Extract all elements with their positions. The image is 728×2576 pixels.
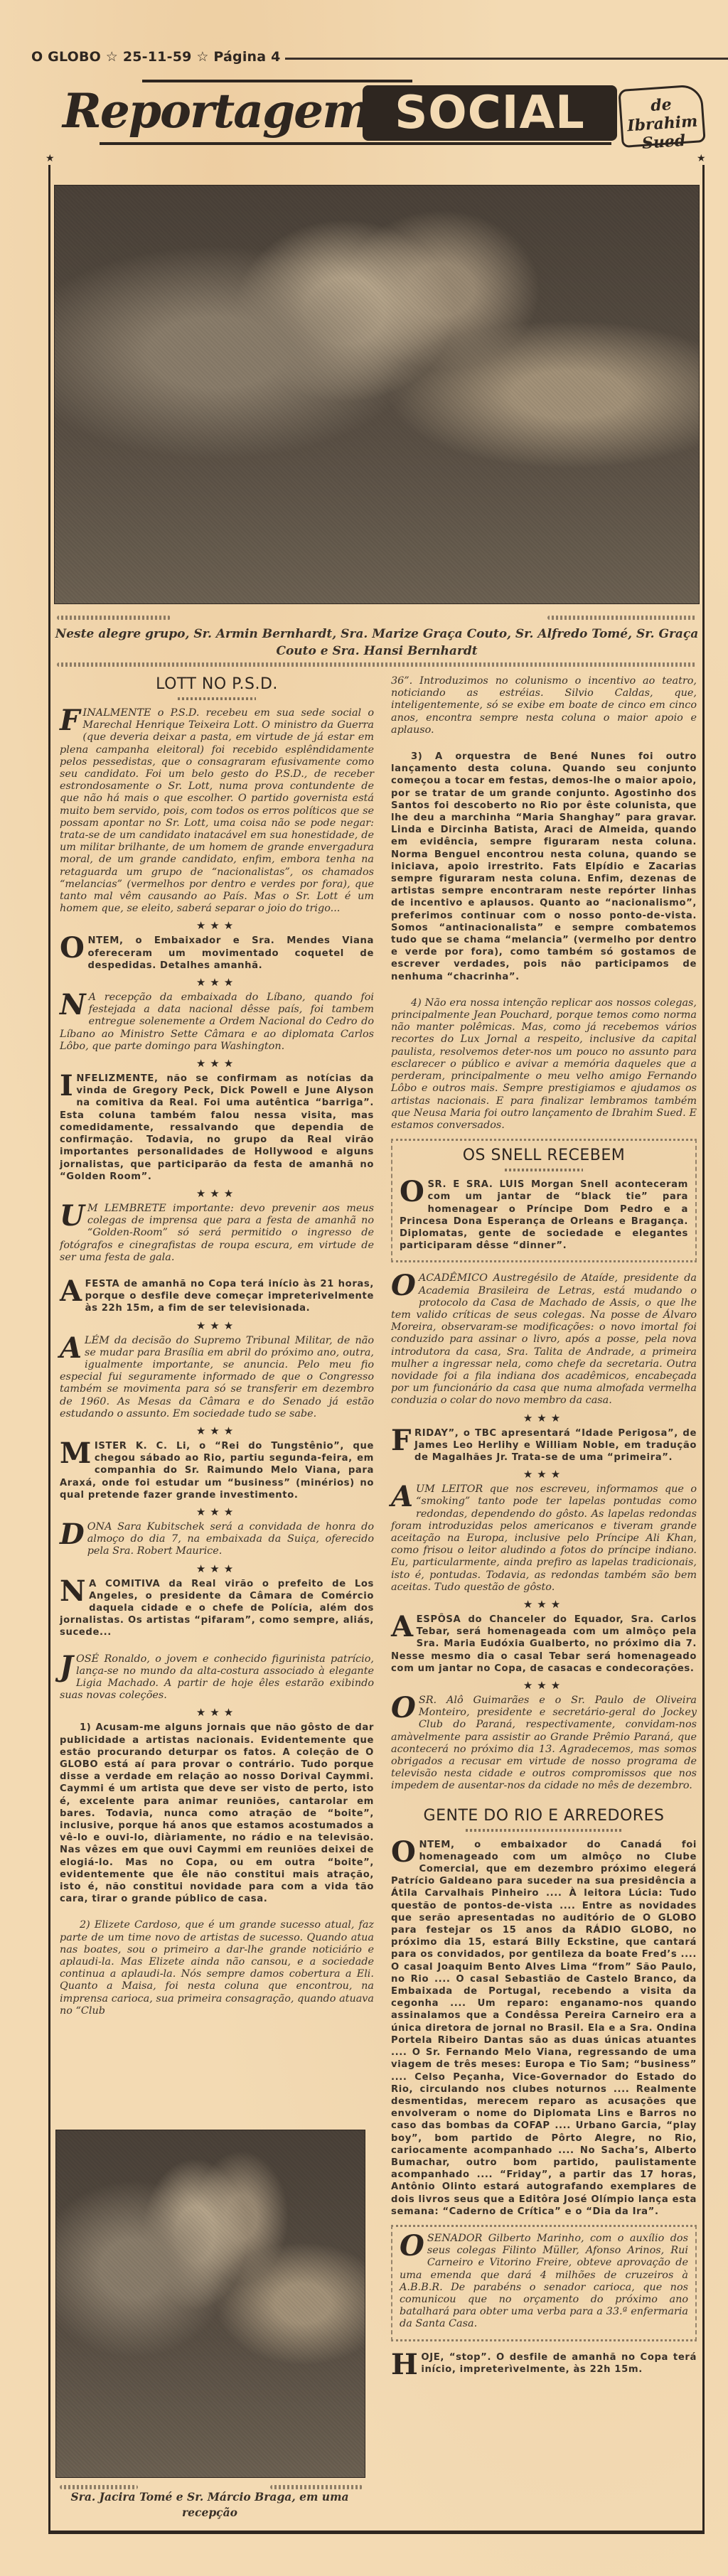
article-text: recepção da embaixada do Líbano, quando … [60, 992, 374, 1052]
section-title-gente: GENTE DO RIO E ARREDORES [391, 1807, 697, 1825]
section-underline [466, 1829, 622, 1832]
separator-stars: ★★★ [391, 1412, 697, 1424]
frame-border-right [702, 165, 705, 2532]
article-snell: O SR. E SRA. LUIS Morgan Snell acontecer… [400, 1179, 688, 1252]
newspaper-page: O GLOBO ☆ 25-11-59 ☆ Página 4 Reportagem… [0, 0, 728, 2576]
article-jose-ronaldo: JOSÉ Ronaldo, o jovem e conhecido figuri… [60, 1653, 374, 1702]
lead-word: FESTA [85, 1279, 120, 1289]
spacer [60, 1643, 374, 1653]
lead-word: NTEM, [419, 1840, 454, 1850]
couple-photo [55, 2130, 365, 2478]
lead-word: NFELIZMENTE, [76, 1073, 158, 1084]
lead-word: NTEM, [87, 935, 123, 946]
left-column: LOTT NO P.S.D. FINALMENTE o P.S.D. receb… [60, 675, 374, 2022]
article-text: Gilberto Marinho, com o auxílio dos seus… [400, 2233, 688, 2329]
article-item-3: 3) A orquestra de Bené Nunes foi outro l… [391, 751, 697, 983]
dropcap: J [60, 1655, 73, 1679]
separator-stars: ★★★ [60, 976, 374, 989]
separator-stars: ★★★ [391, 1468, 697, 1481]
star-ornament-icon: ★ [697, 153, 706, 164]
separator-stars: ★★★ [60, 1706, 374, 1719]
dropcap: A [391, 1485, 413, 1509]
dropcap: I [60, 1074, 73, 1098]
header-byline: de Ibrahim Sued [618, 84, 705, 148]
masthead: O GLOBO ☆ 25-11-59 ☆ Página 4 [31, 48, 728, 65]
byline-line1: de Ibrahim [621, 93, 702, 136]
article-text: o Embaixador e Sra. Mendes Viana oferece… [87, 935, 374, 970]
article-gente: ONTEM, o embaixador do Canadá foi homena… [391, 1839, 697, 2218]
lead-word: A COMITIVA [89, 1579, 160, 1589]
lead-word: M LEMBRETE [87, 1203, 166, 1214]
section-underline [505, 1169, 583, 1171]
article-dona-sara: DONA Sara Kubitschek será a convidada de… [60, 1521, 374, 1558]
dropcap: O [391, 1274, 416, 1298]
article-leitor: A UM LEITOR que nos escreveu, informamos… [391, 1483, 697, 1594]
header-script-title: Reportagem [63, 81, 370, 141]
dropcap: O [400, 1180, 424, 1204]
article-text: “stop”. O desfile de amanhã no Copa terá… [421, 2352, 697, 2375]
separator-stars: ★★★ [60, 1424, 374, 1437]
article-item-1: 1) Acusam-me alguns jornais que não gôst… [60, 1722, 374, 1905]
dropcap: U [60, 1204, 85, 1228]
lead-word: A [89, 992, 96, 1003]
dropcap: N [60, 993, 86, 1017]
dropcap: D [60, 1523, 85, 1547]
frame-border-bottom [48, 2531, 705, 2534]
column-header: Reportagem SOCIAL de Ibrahim Sued [57, 77, 697, 148]
group-photo [54, 185, 700, 604]
article-mister-li: MISTER K. C. Li, o “Rei do Tungstênio”, … [60, 1440, 374, 1501]
caption-ornament [57, 662, 697, 667]
separator-stars: ★★★ [60, 1562, 374, 1575]
article-esposa-chanceler: A ESPÔSA do Chanceler do Equador, Sra. C… [391, 1614, 697, 1675]
dropcap: H [391, 2353, 418, 2377]
lead-word: SR. [419, 1695, 437, 1706]
lead-word: ESPÔSA [417, 1614, 461, 1625]
lead-word: ONA [87, 1521, 112, 1533]
separator-stars: ★★★ [60, 1187, 374, 1200]
separator-stars: ★★★ [391, 1598, 697, 1611]
article-jockey-club: O SR. Alô Guimarães e o Sr. Paulo de Oli… [391, 1695, 697, 1793]
caption-ornament [547, 616, 697, 620]
article-senador: O SENADOR Gilberto Marinho, com o auxíli… [400, 2233, 688, 2331]
lead-word: SR. E SRA. LUIS [427, 1179, 525, 1190]
spacer [60, 1909, 374, 1919]
article-text: o embaixador do Canadá foi homenageado c… [391, 1840, 697, 2217]
dropcap: A [60, 1279, 82, 1304]
photo-caption-top: Neste alegre grupo, Sr. Armin Bernhardt,… [54, 626, 700, 660]
spacer [391, 987, 697, 997]
masthead-text: O GLOBO ☆ 25-11-59 ☆ Página 4 [31, 49, 281, 65]
article-text: o P.S.D. recebeu em sua sede social o Ma… [60, 707, 374, 914]
header-rule-bottom [100, 142, 611, 145]
article-continuation: 36”. Introduzimos no colunismo o incenti… [391, 675, 697, 736]
article-text: da decisão do Supremo Tribunal Militar, … [60, 1335, 374, 1420]
article-infelizmente: INFELIZMENTE, não se confirmam as notíci… [60, 1073, 374, 1183]
dropcap: O [391, 1840, 416, 1864]
lead-word: OJE, [421, 2352, 444, 2363]
section-title-snell: OS SNELL RECEBEM [400, 1147, 688, 1164]
dropcap: F [391, 1429, 412, 1453]
lead-word: ISTER [95, 1441, 127, 1451]
article-text: Sara Kubitschek será a convidada de honr… [87, 1521, 374, 1557]
article-text: de amanhã no Copa terá início às 21 hora… [85, 1279, 374, 1314]
separator-stars: ★★★ [60, 1319, 374, 1332]
separator-stars: ★★★ [60, 1506, 374, 1518]
lead-word: RIDAY”, [414, 1428, 459, 1439]
section-title-lott: LOTT NO P.S.D. [60, 675, 374, 693]
separator-stars: ★★★ [60, 919, 374, 932]
senador-box: O SENADOR Gilberto Marinho, com o auxíli… [391, 2225, 697, 2341]
header-block-title: SOCIAL [363, 85, 617, 141]
dropcap: M [60, 1442, 92, 1466]
article-friday-tbc: FRIDAY”, o TBC apresentará “Idade Perigo… [391, 1427, 697, 1464]
masthead-rule [285, 58, 728, 60]
frame-border-left [48, 165, 50, 2532]
article-lembrete: UM LEMBRETE importante: devo prevenir ao… [60, 1203, 374, 1264]
article-text: Alô Guimarães e o Sr. Paulo de Oliveira … [391, 1695, 697, 1791]
article-text: não se confirmam as notícias da vinda de… [60, 1073, 374, 1182]
lead-word: ACADÊMICO [419, 1272, 488, 1284]
photo-caption-bottom: Sra. Jacira Tomé e Sr. Márcio Braga, em … [57, 2489, 363, 2521]
article-text: Austregésilo de Ataíde, presidente da Ac… [391, 1272, 697, 1406]
article-text: Ronaldo, o jovem e conhecido figurinista… [60, 1653, 374, 1702]
section-underline [178, 697, 256, 700]
article-mendes-viana: ONTEM, o Embaixador e Sra. Mendes Viana … [60, 935, 374, 972]
separator-stars: ★★★ [391, 1679, 697, 1692]
article-libano: NA recepção da embaixada do Líbano, quan… [60, 992, 374, 1053]
article-academico: O ACADÊMICO Austregésilo de Ataíde, pres… [391, 1272, 697, 1407]
dropcap: F [60, 709, 80, 733]
article-hoje-stop: HOJE, “stop”. O desfile de amanhã no Cop… [391, 2351, 697, 2376]
lead-word: OSÉ [76, 1653, 99, 1665]
separator-stars: ★★★ [60, 1057, 374, 1070]
dropcap: O [391, 1696, 416, 1720]
article-lott: FINALMENTE o P.S.D. recebeu em sua sede … [60, 707, 374, 915]
snell-box: OS SNELL RECEBEM O SR. E SRA. LUIS Morga… [391, 1139, 697, 1262]
article-festa: A FESTA de amanhã no Copa terá início às… [60, 1278, 374, 1315]
lead-word: SENADOR [427, 2233, 483, 2244]
article-item-4: 4) Não era nossa intenção replicar aos n… [391, 997, 697, 1132]
spacer [60, 1268, 374, 1278]
article-item-2: 2) Elizete Cardoso, que é um grande suce… [60, 1919, 374, 2017]
article-text: que nos escreveu, informamos que o “smok… [391, 1483, 697, 1593]
star-ornament-icon: ★ [45, 153, 55, 164]
dropcap: A [60, 1336, 82, 1361]
right-column: 36”. Introduzimos no colunismo o incenti… [391, 675, 697, 2380]
article-alem: ALÉM da decisão do Supremo Tribunal Mili… [60, 1335, 374, 1420]
dropcap: O [60, 936, 85, 960]
article-comitiva: NA COMITIVA da Real virão o prefeito de … [60, 1578, 374, 1639]
dropcap: A [391, 1615, 414, 1639]
article-text: Morgan Snell aconteceram com um jantar d… [400, 1179, 688, 1251]
spacer [391, 1797, 697, 1807]
dropcap: N [60, 1579, 86, 1604]
lead-word: UM LEITOR [416, 1483, 483, 1495]
lead-word: LÉM [85, 1335, 109, 1346]
caption-ornament [57, 616, 171, 620]
dropcap: O [400, 2234, 424, 2258]
lead-word: INALMENTE [82, 707, 151, 719]
spacer [391, 741, 697, 751]
